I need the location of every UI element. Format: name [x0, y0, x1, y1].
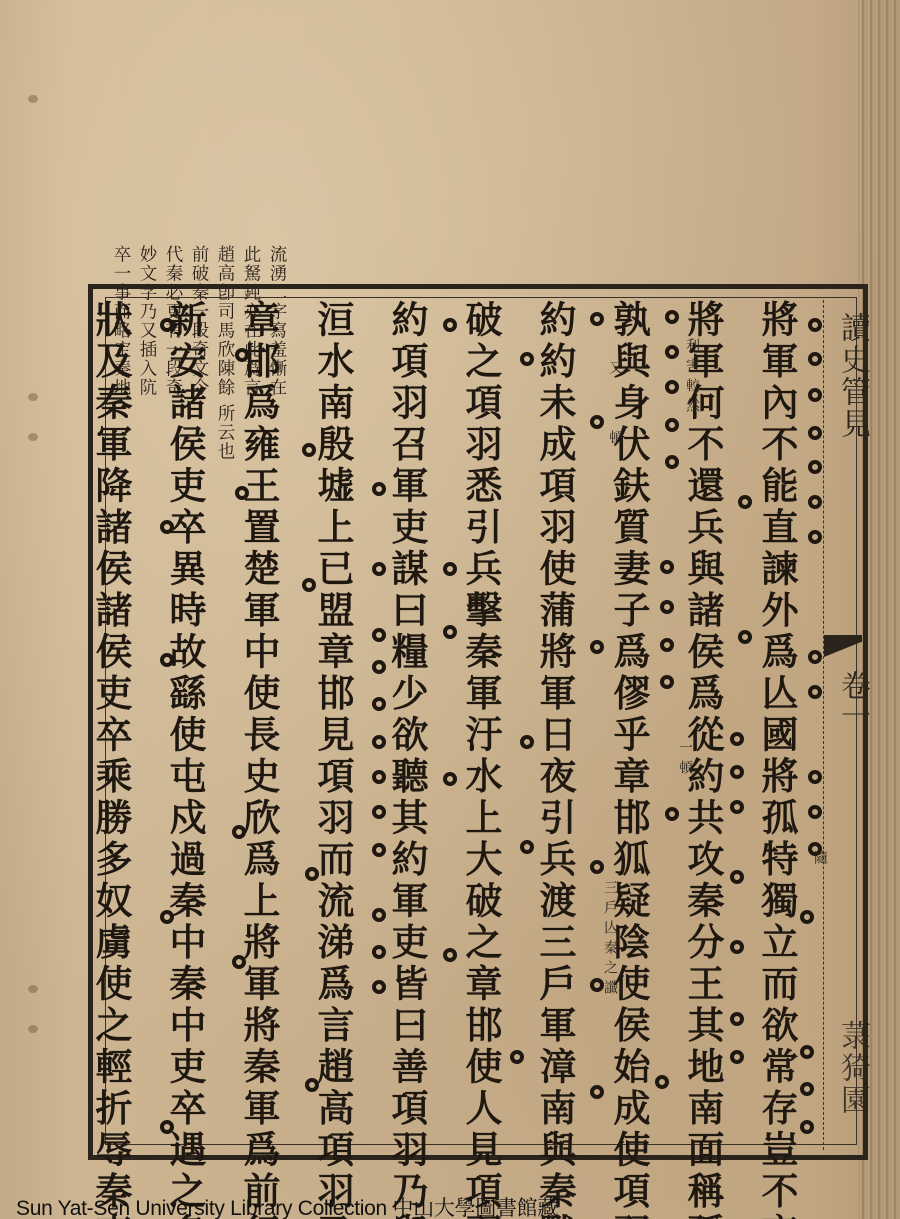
circle-mark-icon [305, 867, 319, 881]
circle-mark-icon [372, 945, 386, 959]
circle-mark-icon [808, 805, 822, 819]
circle-mark-icon [730, 765, 744, 779]
publisher-name: 菉猗園 [830, 1020, 874, 1116]
circle-mark-icon [665, 380, 679, 394]
circle-mark-icon [372, 628, 386, 642]
circle-mark-icon [590, 1085, 604, 1099]
circle-mark-icon [372, 482, 386, 496]
circle-mark-icon [235, 486, 249, 500]
circle-mark-icon [235, 348, 249, 362]
circle-mark-icon [808, 460, 822, 474]
circle-mark-icon [800, 1082, 814, 1096]
circle-mark-icon [160, 1120, 174, 1134]
text-column: 約約未成項羽使蒲將軍日夜引兵渡三戶軍漳南與秦戰再 [518, 300, 592, 1140]
circle-mark-icon [232, 955, 246, 969]
circle-mark-icon [590, 978, 604, 992]
circle-mark-icon [443, 948, 457, 962]
circle-mark-icon [372, 770, 386, 784]
circle-mark-icon [372, 660, 386, 674]
circle-mark-icon [800, 1120, 814, 1134]
circle-mark-icon [808, 352, 822, 366]
circle-mark-icon [800, 1045, 814, 1059]
library-watermark: Sun Yat-Sen University Library Collectio… [16, 1192, 558, 1219]
text-column: 孰與身伏鈇質妻子爲僇乎章邯狐疑陰使侯始成使項羽欲 [592, 300, 666, 1140]
circle-mark-icon [302, 443, 316, 457]
circle-mark-icon [730, 732, 744, 746]
circle-mark-icon [372, 908, 386, 922]
circle-mark-icon [808, 770, 822, 784]
circle-mark-icon [808, 842, 822, 856]
circle-mark-icon [665, 345, 679, 359]
circle-mark-icon [665, 418, 679, 432]
circle-mark-icon [443, 562, 457, 576]
circle-mark-icon [160, 318, 174, 332]
book-page-scan: 流湧二字寫羞慚在 此駑鈍亦在此爲言 趙高卽司馬欣陳餘 所云也 前破秦一段奇文今 … [0, 0, 900, 1219]
circle-mark-icon [372, 980, 386, 994]
text-column: 破之項羽悉引兵擊秦軍汙水上大破之章邯使人見項羽欲 [444, 300, 518, 1140]
circle-mark-icon [665, 455, 679, 469]
circle-mark-icon [730, 1050, 744, 1064]
circle-mark-icon [730, 870, 744, 884]
circle-mark-icon [660, 560, 674, 574]
circle-mark-icon [590, 415, 604, 429]
circle-mark-icon [730, 800, 744, 814]
circle-mark-icon [302, 578, 316, 592]
book-title: 讀史管見 [830, 312, 874, 440]
circle-mark-icon [520, 352, 534, 366]
circle-mark-icon [660, 638, 674, 652]
interlinear-gloss: 利害較然 [682, 338, 702, 418]
circle-mark-icon [730, 940, 744, 954]
circle-mark-icon [808, 530, 822, 544]
text-column: 將軍內不能直諫外爲亾國將孤特獨立而欲常存豈不哀哉 [740, 300, 814, 1140]
circle-mark-icon [800, 910, 814, 924]
circle-mark-icon [808, 685, 822, 699]
text-column: 狀及秦軍降諸侯諸侯吏卒乘勝多奴虜使之輕折辱秦吏卒 [74, 300, 148, 1140]
circle-mark-icon [372, 697, 386, 711]
circle-mark-icon [160, 910, 174, 924]
circle-mark-icon [305, 1078, 319, 1092]
volume-number: 卷一 [830, 670, 874, 730]
circle-mark-icon [738, 495, 752, 509]
fold-margin-column: 讀史管見 卷一 菉猗園 [823, 300, 862, 1150]
circle-mark-icon [590, 312, 604, 326]
circle-mark-icon [808, 388, 822, 402]
circle-mark-icon [372, 562, 386, 576]
circle-mark-icon [520, 735, 534, 749]
circle-mark-icon [738, 630, 752, 644]
circle-mark-icon [590, 640, 604, 654]
circle-mark-icon [655, 1075, 669, 1089]
circle-mark-icon [808, 650, 822, 664]
circle-mark-icon [660, 600, 674, 614]
circle-mark-icon [372, 805, 386, 819]
main-text-body: 將軍內不能直諫外爲亾國將孤特獨立而欲常存豈不哀哉 將軍何不還兵與諸侯爲從約共攻秦… [104, 300, 814, 1140]
circle-mark-icon [808, 318, 822, 332]
circle-mark-icon [730, 1012, 744, 1026]
circle-mark-icon [372, 843, 386, 857]
interlinear-gloss: 頓 [605, 430, 625, 450]
fishtail-ornament-icon [824, 635, 862, 657]
circle-mark-icon [808, 495, 822, 509]
text-column: 約項羽召軍吏謀曰糧少欲聽其約軍吏皆曰善項羽乃與期 [370, 300, 444, 1140]
circle-mark-icon [665, 310, 679, 324]
circle-mark-icon [443, 318, 457, 332]
circle-mark-icon [372, 735, 386, 749]
text-column: 章邯爲雍王置楚軍中使長史欣爲上將軍將秦軍爲前行到 [222, 300, 296, 1140]
interlinear-gloss: 又 [605, 360, 625, 380]
circle-mark-icon [520, 840, 534, 854]
circle-mark-icon [443, 625, 457, 639]
circle-mark-icon [808, 426, 822, 440]
interlinear-gloss: 一頓 [675, 740, 695, 780]
circle-mark-icon [510, 1050, 524, 1064]
text-column: 洹水南殷墟上已盟章邯見項羽而流涕爲言趙高項羽乃立 [296, 300, 370, 1140]
text-column: 新安諸侯吏卒異時故繇使屯戍過秦中秦中吏卒遇之多無 [148, 300, 222, 1140]
circle-mark-icon [665, 807, 679, 821]
circle-mark-icon [160, 520, 174, 534]
circle-mark-icon [232, 825, 246, 839]
circle-mark-icon [590, 860, 604, 874]
circle-mark-icon [443, 772, 457, 786]
circle-mark-icon [660, 675, 674, 689]
circle-mark-icon [160, 653, 174, 667]
